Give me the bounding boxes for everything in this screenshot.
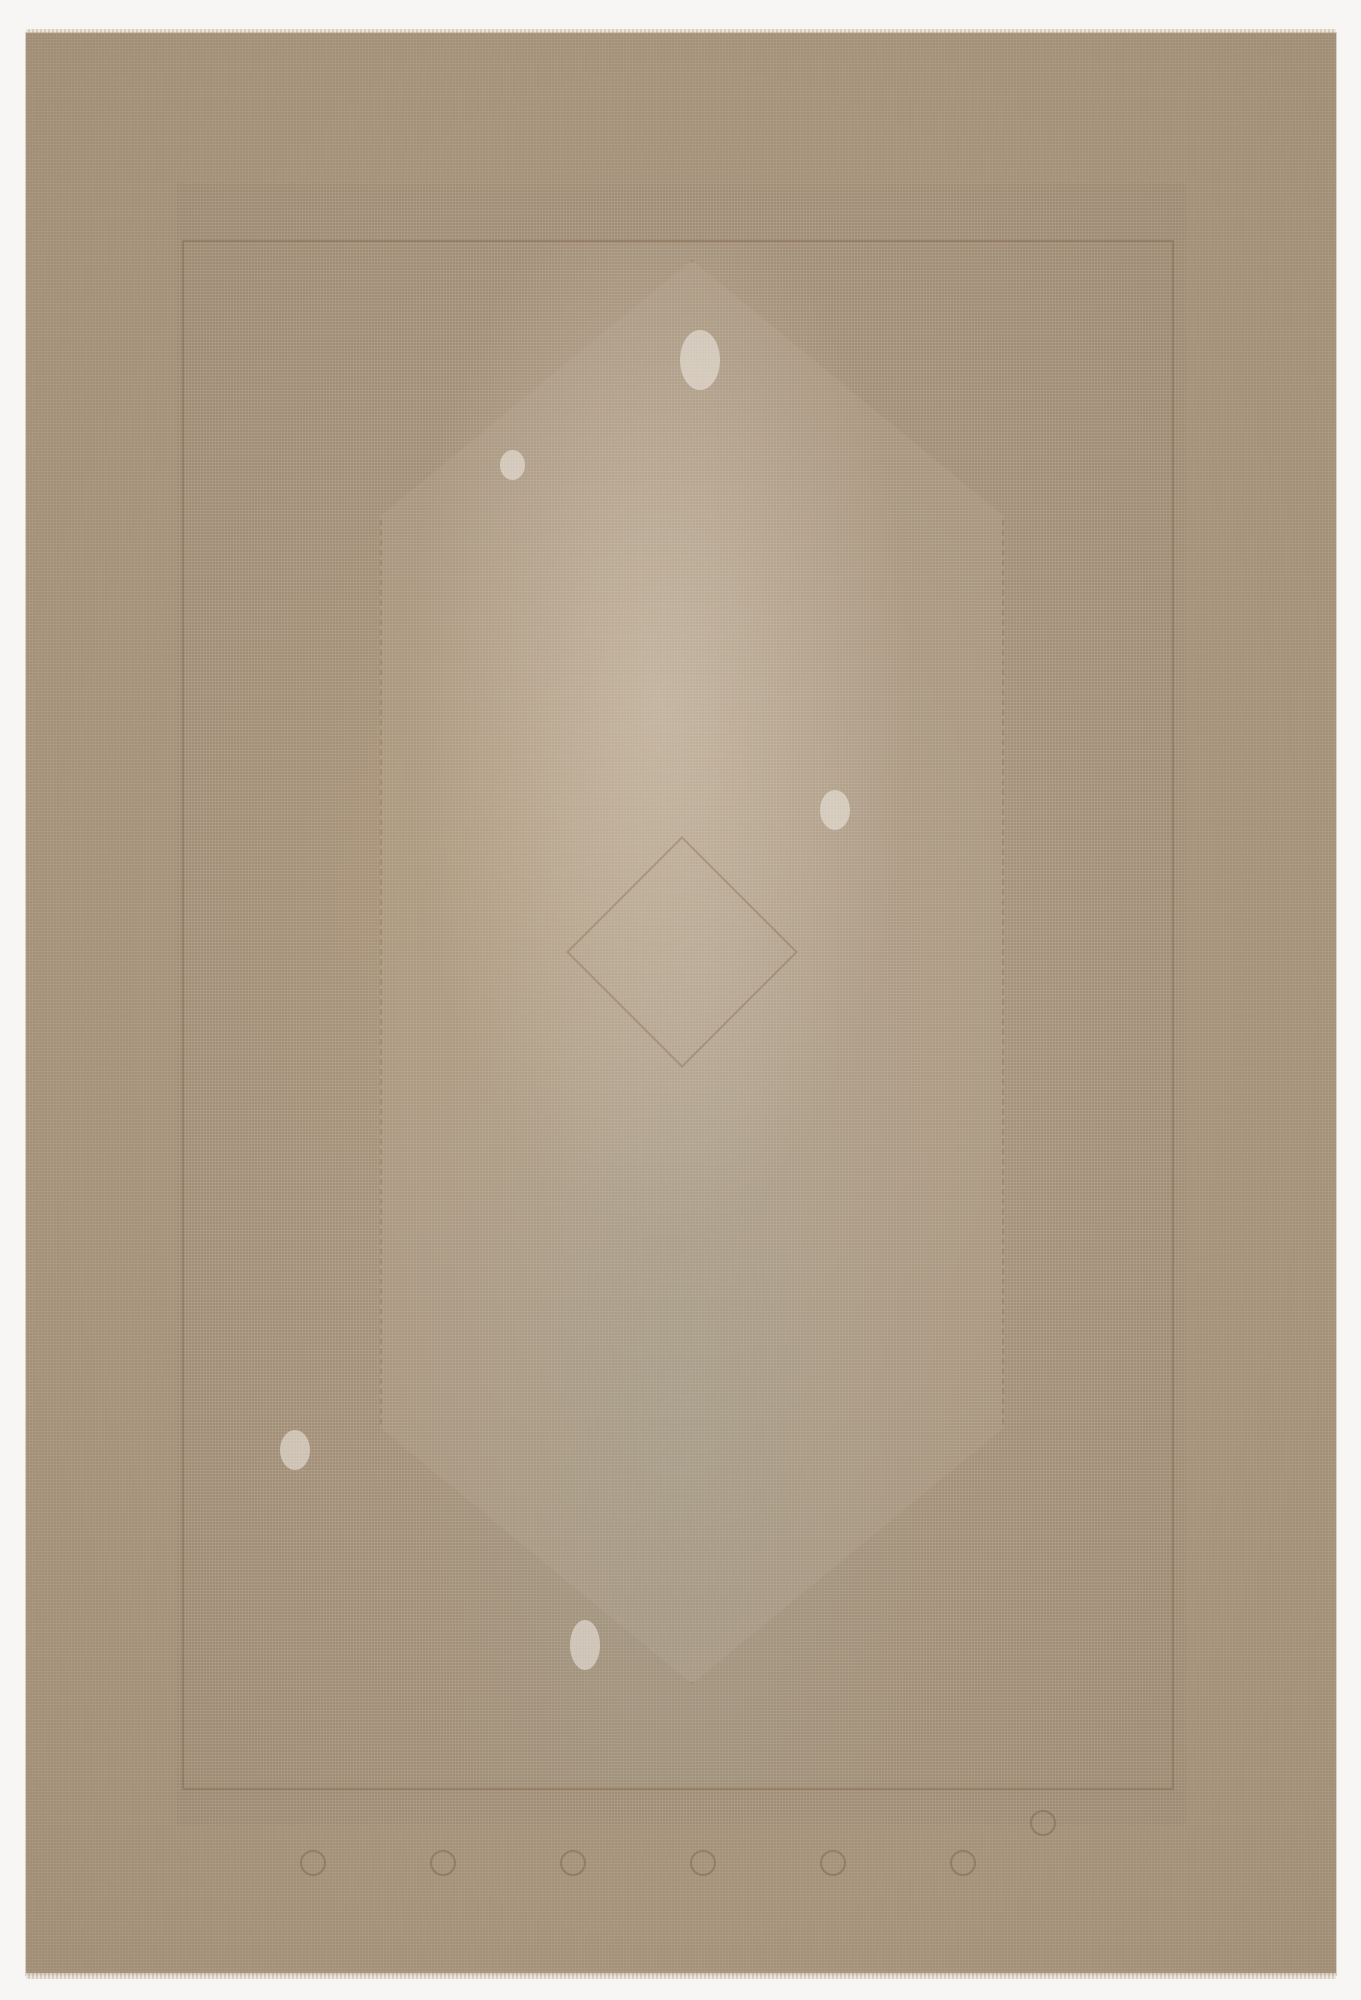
border-rosette-motif [1030,1810,1056,1836]
border-rosette-motif [950,1850,976,1876]
worn-patch [680,330,720,390]
worn-patch [500,450,525,480]
worn-patch [570,1620,600,1670]
border-rosette-motif [820,1850,846,1876]
bottom-fringe [26,1973,1336,1979]
worn-patch [820,790,850,830]
border-rosette-motif [300,1850,326,1876]
border-rosette-motif [430,1850,456,1876]
border-rosette-motif [690,1850,716,1876]
border-rosette-motif [560,1850,586,1876]
worn-patch [280,1430,310,1470]
